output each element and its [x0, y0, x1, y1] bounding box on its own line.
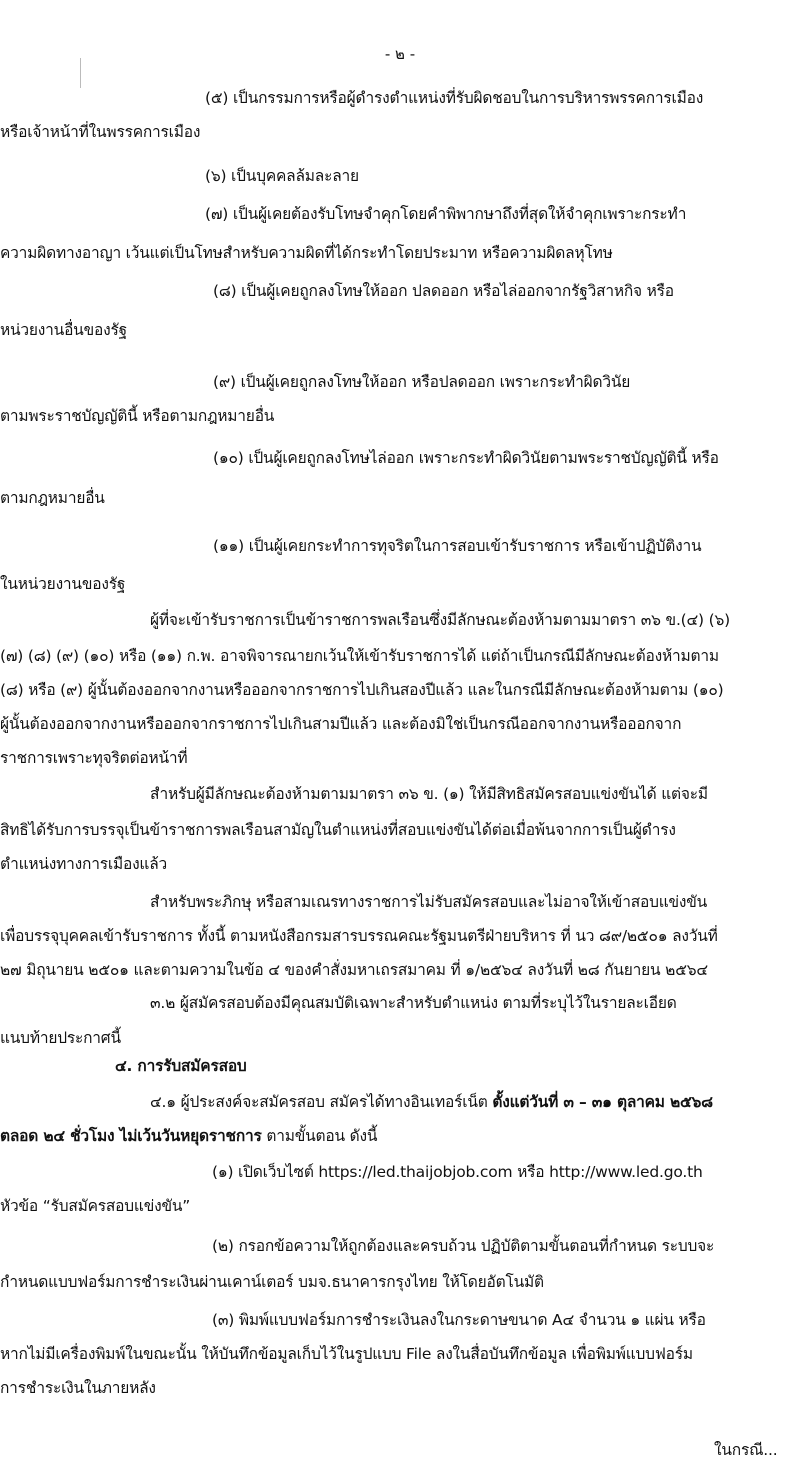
step-2-line1: (๒) กรอกข้อความให้ถูกต้องและครบถ้วน ปฏิบ…	[212, 1236, 714, 1256]
text-line: ผู้ที่จะเข้ารับราชการเป็นข้าราชการพลเรือ…	[150, 610, 730, 630]
text-line: สิทธิได้รับการบรรจุเป็นข้าราชการพลเรือนส…	[0, 820, 676, 840]
text-line: สำหรับผู้มีลักษณะต้องห้ามตามมาตรา ๓๖ ข. …	[150, 784, 708, 804]
document-page: - ๒ - (๕) เป็นกรรมการหรือผู้ดำรงตำแหน่งท…	[0, 0, 800, 1480]
item-4-1-line1: ๔.๑ ผู้ประสงค์จะสมัครสอบ สมัครได้ทางอินเ…	[150, 1092, 713, 1112]
text-line: (๖) เป็นบุคคลล้มละลาย	[205, 166, 359, 186]
step-1-line1: (๑) เปิดเว็บไซต์ https://led.thaijobjob.…	[212, 1162, 703, 1182]
page-number: - ๒ -	[0, 42, 800, 66]
text-line: ราชการเพราะทุจริตต่อหน้าที่	[0, 748, 187, 768]
section-heading: ๔. การรับสมัครสอบ	[115, 1056, 247, 1076]
scan-artifact	[80, 58, 81, 88]
text-line: ความผิดทางอาญา เว้นแต่เป็นโทษสำหรับความผ…	[0, 243, 613, 263]
item-4-1-line2: ตลอด ๒๔ ชั่วโมง ไม่เว้นวันหยุดราชการ ตาม…	[0, 1126, 377, 1146]
step-3-line2: หากไม่มีเครื่องพิมพ์ในขณะนั้น ให้บันทึกข…	[0, 1344, 693, 1364]
text-line: ตามกฎหมายอื่น	[0, 488, 105, 508]
text-line: ตามพระราชบัญญัตินี้ หรือตามกฎหมายอื่น	[0, 406, 274, 426]
text-line: ๓.๒ ผู้สมัครสอบต้องมีคุณสมบัติเฉพาะสำหรั…	[150, 993, 677, 1013]
text-line: (๗) (๘) (๙) (๑๐) หรือ (๑๑) ก.พ. อาจพิจาร…	[0, 646, 719, 666]
item-4-1-tail: ตามขั้นตอน ดังนี้	[262, 1127, 378, 1145]
text-line: (๕) เป็นกรรมการหรือผู้ดำรงตำแหน่งที่รับผ…	[205, 88, 703, 108]
step-3-line3: การชำระเงินในภายหลัง	[0, 1378, 156, 1398]
text-line: เพื่อบรรจุบุคคลเข้ารับราชการ ทั้งนี้ ตาม…	[0, 926, 718, 946]
text-line: (๘) เป็นผู้เคยถูกลงโทษให้ออก ปลดออก หรือ…	[213, 281, 674, 301]
application-hours: ตลอด ๒๔ ชั่วโมง ไม่เว้นวันหยุดราชการ	[0, 1127, 262, 1145]
text-line: สำหรับพระภิกษุ หรือสามเณรทางราชการไม่รับ…	[150, 892, 707, 912]
text-line: แนบท้ายประกาศนี้	[0, 1028, 121, 1048]
text-line: ในหน่วยงานของรัฐ	[0, 574, 125, 594]
text-line: (๑๑) เป็นผู้เคยกระทำการทุจริตในการสอบเข้…	[213, 536, 701, 556]
step-2-line2: กำหนดแบบฟอร์มการชำระเงินผ่านเคาน์เตอร์ บ…	[0, 1272, 544, 1292]
text-line: หรือเจ้าหน้าที่ในพรรคการเมือง	[0, 122, 200, 142]
text-line: (๗) เป็นผู้เคยต้องรับโทษจำคุกโดยคำพิพากษ…	[205, 204, 686, 224]
text-line: (๘) หรือ (๙) ผู้นั้นต้องออกจากงานหรือออก…	[0, 680, 723, 700]
text-line: (๙) เป็นผู้เคยถูกลงโทษให้ออก หรือปลดออก …	[213, 372, 630, 392]
text-line: ผู้นั้นต้องออกจากงานหรือออกจากราชการไปเก…	[0, 714, 681, 734]
text-line: หน่วยงานอื่นของรัฐ	[0, 320, 127, 340]
step-3-line1: (๓) พิมพ์แบบฟอร์มการชำระเงินลงในกระดาษขน…	[212, 1310, 706, 1330]
text-line: ตำแหน่งทางการเมืองแล้ว	[0, 854, 167, 874]
text-line: ๒๗ มิถุนายน ๒๕๐๑ และตามความในข้อ ๔ ของคำ…	[0, 960, 708, 980]
item-4-1-text: ๔.๑ ผู้ประสงค์จะสมัครสอบ สมัครได้ทางอินเ…	[150, 1093, 492, 1111]
application-dates: ตั้งแต่วันที่ ๓ – ๓๑ ตุลาคม ๒๕๖๘	[492, 1093, 713, 1111]
text-line: (๑๐) เป็นผู้เคยถูกลงโทษไล่ออก เพราะกระทำ…	[213, 448, 719, 468]
continuation-text: ในกรณี...	[714, 1440, 777, 1460]
step-1-line2: หัวข้อ “รับสมัครสอบแข่งขัน”	[0, 1196, 190, 1216]
